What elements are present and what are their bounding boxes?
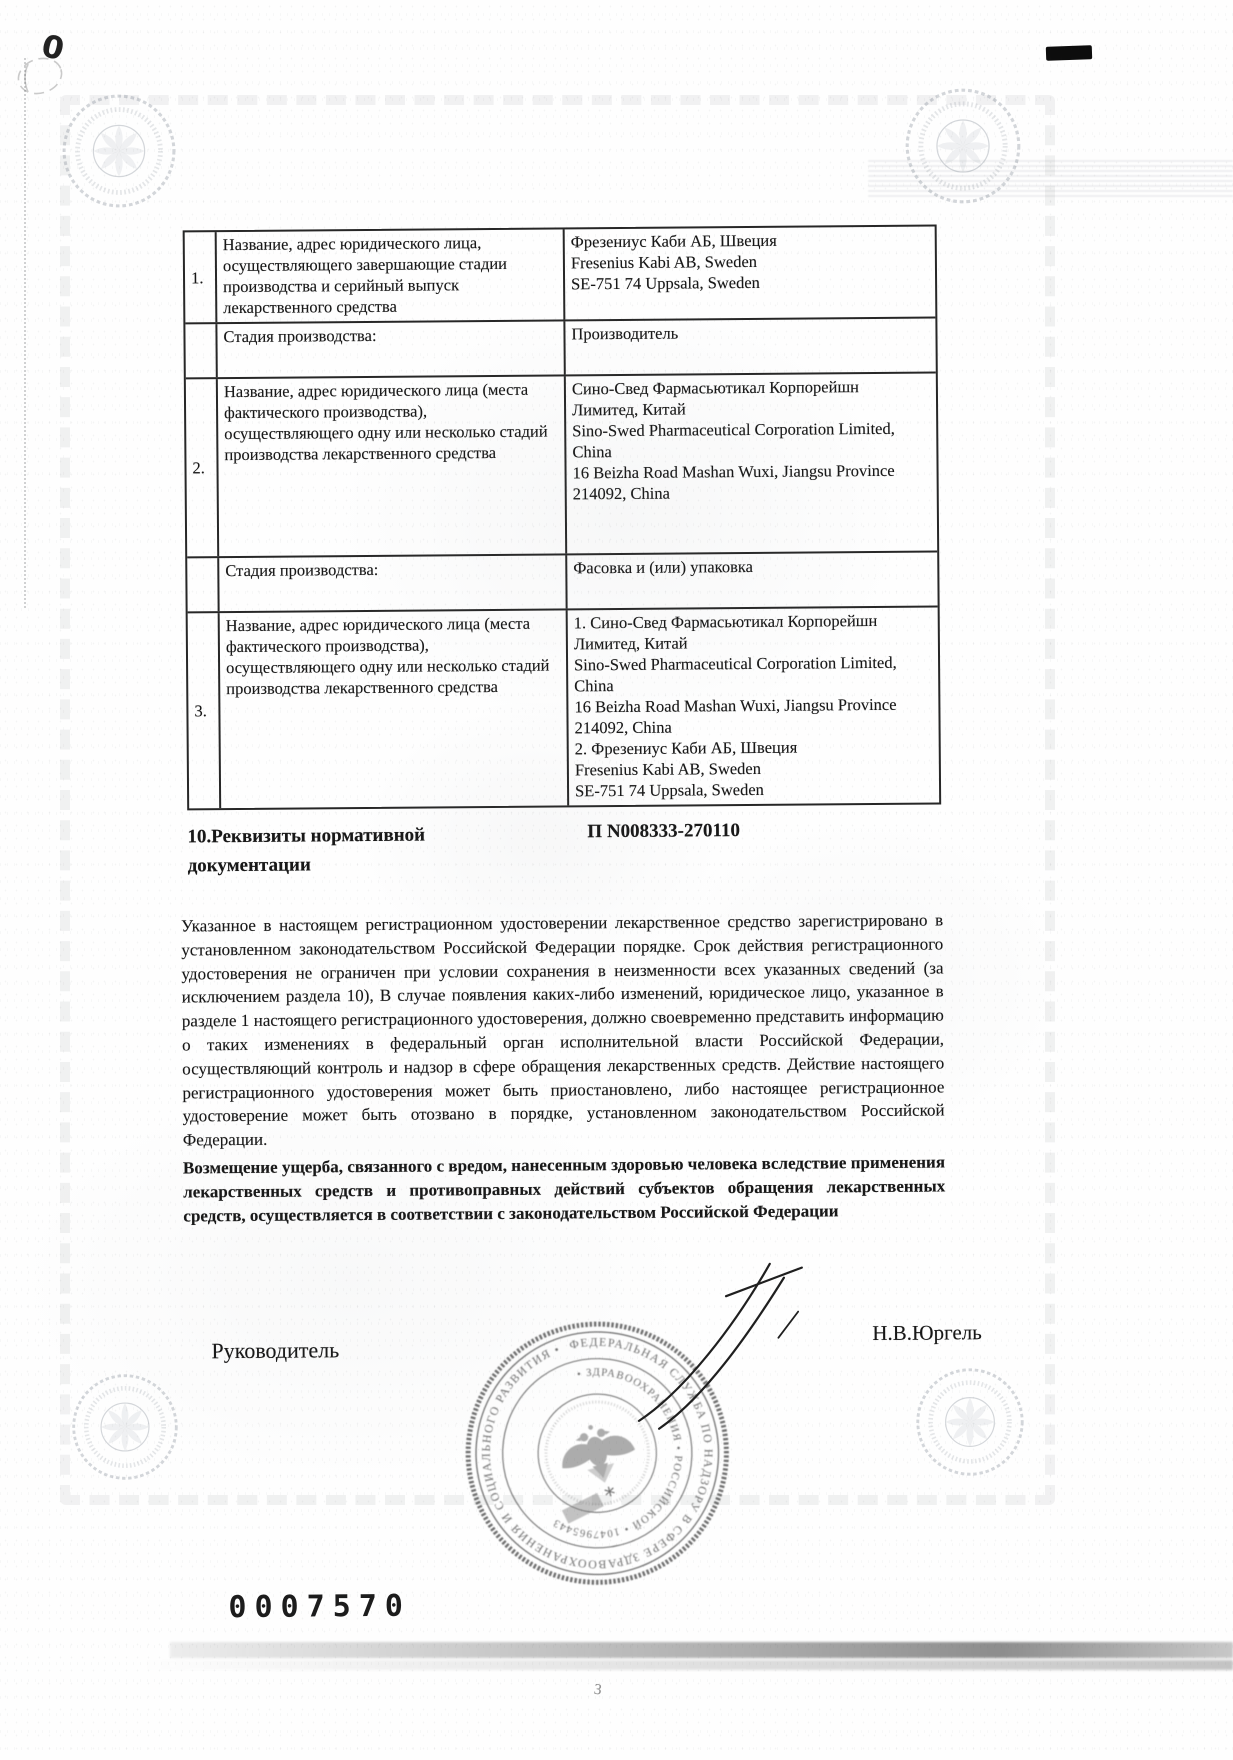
row-number: 3. xyxy=(188,613,222,808)
liability-paragraph: Возмещение ущерба, связанного с вредом, … xyxy=(183,1150,946,1227)
pen-signature xyxy=(566,1233,828,1455)
row-value: Сино-Свед Фармасьютикал Корпорейшн Лимит… xyxy=(566,374,937,554)
signer-role-label: Руководитель xyxy=(211,1337,339,1364)
row-number xyxy=(185,324,217,377)
section-10-title: 10.Реквизиты нормативной документации xyxy=(187,820,467,880)
legal-paragraph: Указанное в настоящем регистрационном уд… xyxy=(181,908,945,1152)
row-number: 2. xyxy=(186,379,219,556)
row-value: Фасовка и (или) упаковка xyxy=(567,553,937,609)
row-number: 1. xyxy=(185,232,218,322)
form-number-stamp: 0007570 xyxy=(228,1589,411,1625)
seal-smudge xyxy=(562,1493,604,1524)
table-row: 2. Название, адрес юридического лица (ме… xyxy=(186,372,937,557)
table-row: Стадия производства: Производитель xyxy=(185,317,935,378)
manufacturers-table: 1. Название, адрес юридического лица, ос… xyxy=(183,225,942,811)
table-row: Стадия производства: Фасовка и (или) упа… xyxy=(187,551,937,612)
printed-content: 1. Название, адрес юридического лица, ос… xyxy=(0,0,1233,1760)
row-label: Название, адрес юридического лица (места… xyxy=(218,376,567,556)
table-row: 1. Название, адрес юридического лица, ос… xyxy=(185,227,936,323)
row-number xyxy=(187,558,219,611)
signer-name-label: Н.В.Юргель xyxy=(872,1320,982,1346)
table-row: 3. Название, адрес юридического лица (ме… xyxy=(188,606,940,809)
row-label: Название, адрес юридического лица, осуще… xyxy=(217,229,566,322)
registration-number: П N008333-270110 xyxy=(587,820,740,843)
row-value: Фрезениус Каби АБ, Швеция Fresenius Kabi… xyxy=(565,227,936,320)
row-label: Стадия производства: xyxy=(219,555,567,611)
row-label: Название, адрес юридического лица (места… xyxy=(220,610,570,808)
row-label: Стадия производства: xyxy=(217,321,565,377)
scanned-certificate-page: 0 3 1. Название, адрес юридического лица… xyxy=(0,0,1233,1760)
row-value: 1. Сино-Свед Фармасьютикал Корпорейшн Ли… xyxy=(568,608,940,806)
row-value: Производитель xyxy=(565,319,935,375)
